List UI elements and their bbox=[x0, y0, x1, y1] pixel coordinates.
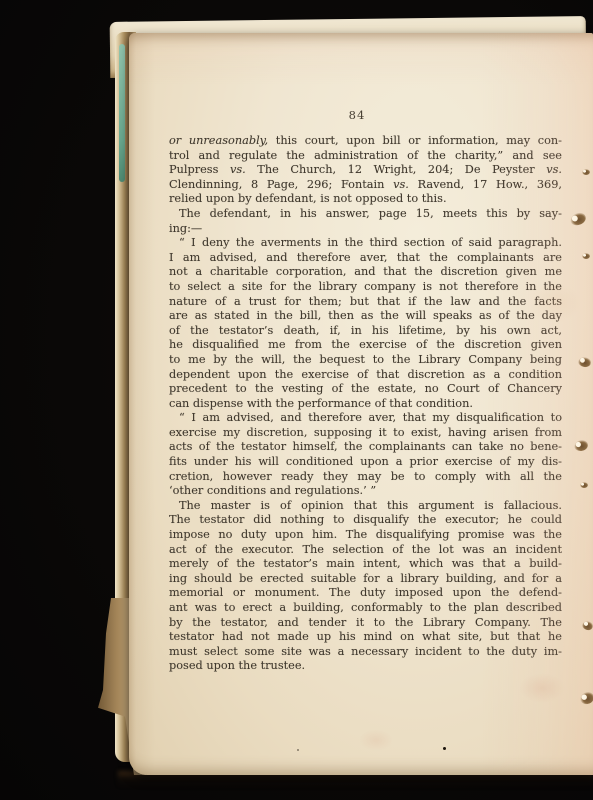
text-line: relied upon by defendant, is not opposed… bbox=[169, 192, 562, 207]
text-segment: of the testator’s death, if, in his life… bbox=[169, 324, 562, 337]
stitch-mark bbox=[580, 482, 588, 488]
text-line: Pulpress vs. The Church, 12 Wright, 204;… bbox=[169, 163, 562, 178]
text-line: ing should be erected suitable for a lib… bbox=[169, 572, 562, 587]
ink-speck bbox=[297, 749, 299, 751]
text-block: or unreasonably, this court, upon bill o… bbox=[169, 134, 562, 674]
text-segment: The master is of opinion that this argum… bbox=[179, 499, 562, 512]
text-segment: impose no duty upon him. The disqualifyi… bbox=[169, 528, 562, 541]
text-line: dependent upon the exercise of that disc… bbox=[169, 368, 562, 383]
page-number: 84 bbox=[167, 108, 547, 122]
text-segment: this court, upon bill or information, ma… bbox=[268, 134, 562, 147]
text-line: Clendinning, 8 Page, 296; Fontain vs. Ra… bbox=[169, 178, 562, 193]
paper-stain bbox=[519, 673, 565, 703]
text-segment: precedent to the vesting of the estate, … bbox=[169, 382, 562, 395]
text-line: exercise my discretion, supposing it to … bbox=[169, 426, 562, 441]
text-line: ant was to erect a building, conformably… bbox=[169, 601, 562, 616]
text-segment: are as stated in the bill, then as the w… bbox=[169, 309, 562, 322]
paragraph: The master is of opinion that this argum… bbox=[169, 499, 562, 674]
text-line: The master is of opinion that this argum… bbox=[169, 499, 562, 514]
text-line: of the testator’s death, if, in his life… bbox=[169, 324, 562, 339]
text-line: The testator did nothing to disqualify t… bbox=[169, 513, 562, 528]
ink-speck bbox=[443, 747, 446, 750]
paragraph: or unreasonably, this court, upon bill o… bbox=[169, 134, 562, 207]
text-line: act of the executor. The selection of th… bbox=[169, 543, 562, 558]
text-segment: ing:— bbox=[169, 222, 202, 235]
text-segment: trol and regulate the administration of … bbox=[169, 149, 562, 162]
italic-text-segment: vs. bbox=[393, 178, 409, 191]
stitch-mark bbox=[582, 253, 590, 259]
text-segment: Pulpress bbox=[169, 163, 230, 176]
text-line: can dispense with the performance of tha… bbox=[169, 397, 562, 412]
text-segment: Clendinning, 8 Page, 296; Fontain bbox=[169, 178, 393, 191]
italic-text-segment: vs. bbox=[230, 163, 246, 176]
text-line: precedent to the vesting of the estate, … bbox=[169, 382, 562, 397]
text-line: cretion, however ready they may be to co… bbox=[169, 470, 562, 485]
text-segment: testator had not made up his mind on wha… bbox=[169, 630, 562, 643]
text-line: he disqualified me from the exercise of … bbox=[169, 338, 562, 353]
paragraph: “ I am advised, and therefore aver, that… bbox=[169, 411, 562, 499]
text-segment: dependent upon the exercise of that disc… bbox=[169, 368, 562, 381]
paper-stain bbox=[359, 729, 393, 751]
text-segment: can dispense with the performance of tha… bbox=[169, 397, 473, 410]
text-line: “ I am advised, and therefore aver, that… bbox=[169, 411, 562, 426]
text-segment: acts of the testator himself, the compla… bbox=[169, 440, 562, 453]
text-line: acts of the testator himself, the compla… bbox=[169, 440, 562, 455]
text-line: nature of a trust for them; but that if … bbox=[169, 295, 562, 310]
paragraph: “ I deny the averments in the third sect… bbox=[169, 236, 562, 411]
text-segment: to me by the will, the bequest to the Li… bbox=[169, 353, 562, 366]
text-segment: ant was to erect a building, conformably… bbox=[169, 601, 562, 614]
text-line: memorial or monument. The duty imposed u… bbox=[169, 586, 562, 601]
text-segment: relied upon by defendant, is not opposed… bbox=[169, 192, 447, 205]
text-segment: fits under his will conditioned upon a p… bbox=[169, 455, 562, 468]
text-line: impose no duty upon him. The disqualifyi… bbox=[169, 528, 562, 543]
green-ribbon-edge bbox=[119, 44, 125, 182]
text-segment: “ I deny the averments in the third sect… bbox=[179, 236, 562, 249]
text-line: by the testator, and tender it to the Li… bbox=[169, 616, 562, 631]
text-line: The defendant, in his answer, page 15, m… bbox=[169, 207, 562, 222]
text-segment: ing should be erected suitable for a lib… bbox=[169, 572, 562, 585]
text-segment: posed upon the trustee. bbox=[169, 659, 305, 672]
text-segment: by the testator, and tender it to the Li… bbox=[169, 616, 562, 629]
text-segment: “ I am advised, and therefore aver, that… bbox=[179, 411, 562, 424]
stitch-mark bbox=[582, 169, 590, 175]
text-segment: he disqualified me from the exercise of … bbox=[169, 338, 562, 351]
text-line: merely of the testator’s main intent, wh… bbox=[169, 557, 562, 572]
text-line: I am advised, and therefore aver, that t… bbox=[169, 251, 562, 266]
text-segment: The Church, 12 Wright, 204; De Peyster bbox=[246, 163, 546, 176]
text-line: or unreasonably, this court, upon bill o… bbox=[169, 134, 562, 149]
text-line: must select some site was a necessary in… bbox=[169, 645, 562, 660]
text-line: fits under his will conditioned upon a p… bbox=[169, 455, 562, 470]
text-line: are as stated in the bill, then as the w… bbox=[169, 309, 562, 324]
book-page: 84 or unreasonably, this court, upon bil… bbox=[129, 33, 593, 775]
text-line: to select a site for the library company… bbox=[169, 280, 562, 295]
italic-text-segment: vs. bbox=[546, 163, 562, 176]
text-segment: Ravend, 17 How., 369, bbox=[409, 178, 562, 191]
text-line: testator had not made up his mind on wha… bbox=[169, 630, 562, 645]
text-line: not a charitable corporation, and that t… bbox=[169, 265, 562, 280]
paragraph: The defendant, in his answer, page 15, m… bbox=[169, 207, 562, 236]
italic-text-segment: or unreasonably, bbox=[169, 134, 268, 147]
text-segment: The testator did nothing to disqualify t… bbox=[169, 513, 562, 526]
text-segment: not a charitable corporation, and that t… bbox=[169, 265, 562, 278]
text-line: ing:— bbox=[169, 222, 562, 237]
text-segment: must select some site was a necessary in… bbox=[169, 645, 562, 658]
text-segment: The defendant, in his answer, page 15, m… bbox=[179, 207, 562, 220]
text-line: to me by the will, the bequest to the Li… bbox=[169, 353, 562, 368]
text-line: ‘other conditions and regulations.’ ” bbox=[169, 484, 562, 499]
text-segment: to select a site for the library company… bbox=[169, 280, 562, 293]
text-segment: memorial or monument. The duty imposed u… bbox=[169, 586, 562, 599]
text-segment: act of the executor. The selection of th… bbox=[169, 543, 562, 556]
text-segment: nature of a trust for them; but that if … bbox=[169, 295, 562, 308]
text-line: posed upon the trustee. bbox=[169, 659, 562, 674]
text-segment: ‘other conditions and regulations.’ ” bbox=[169, 484, 376, 497]
text-segment: cretion, however ready they may be to co… bbox=[169, 470, 562, 483]
text-segment: merely of the testator’s main intent, wh… bbox=[169, 557, 562, 570]
text-segment: I am advised, and therefore aver, that t… bbox=[169, 251, 562, 264]
text-line: trol and regulate the administration of … bbox=[169, 149, 562, 164]
text-line: “ I deny the averments in the third sect… bbox=[169, 236, 562, 251]
text-segment: exercise my discretion, supposing it to … bbox=[169, 426, 562, 439]
